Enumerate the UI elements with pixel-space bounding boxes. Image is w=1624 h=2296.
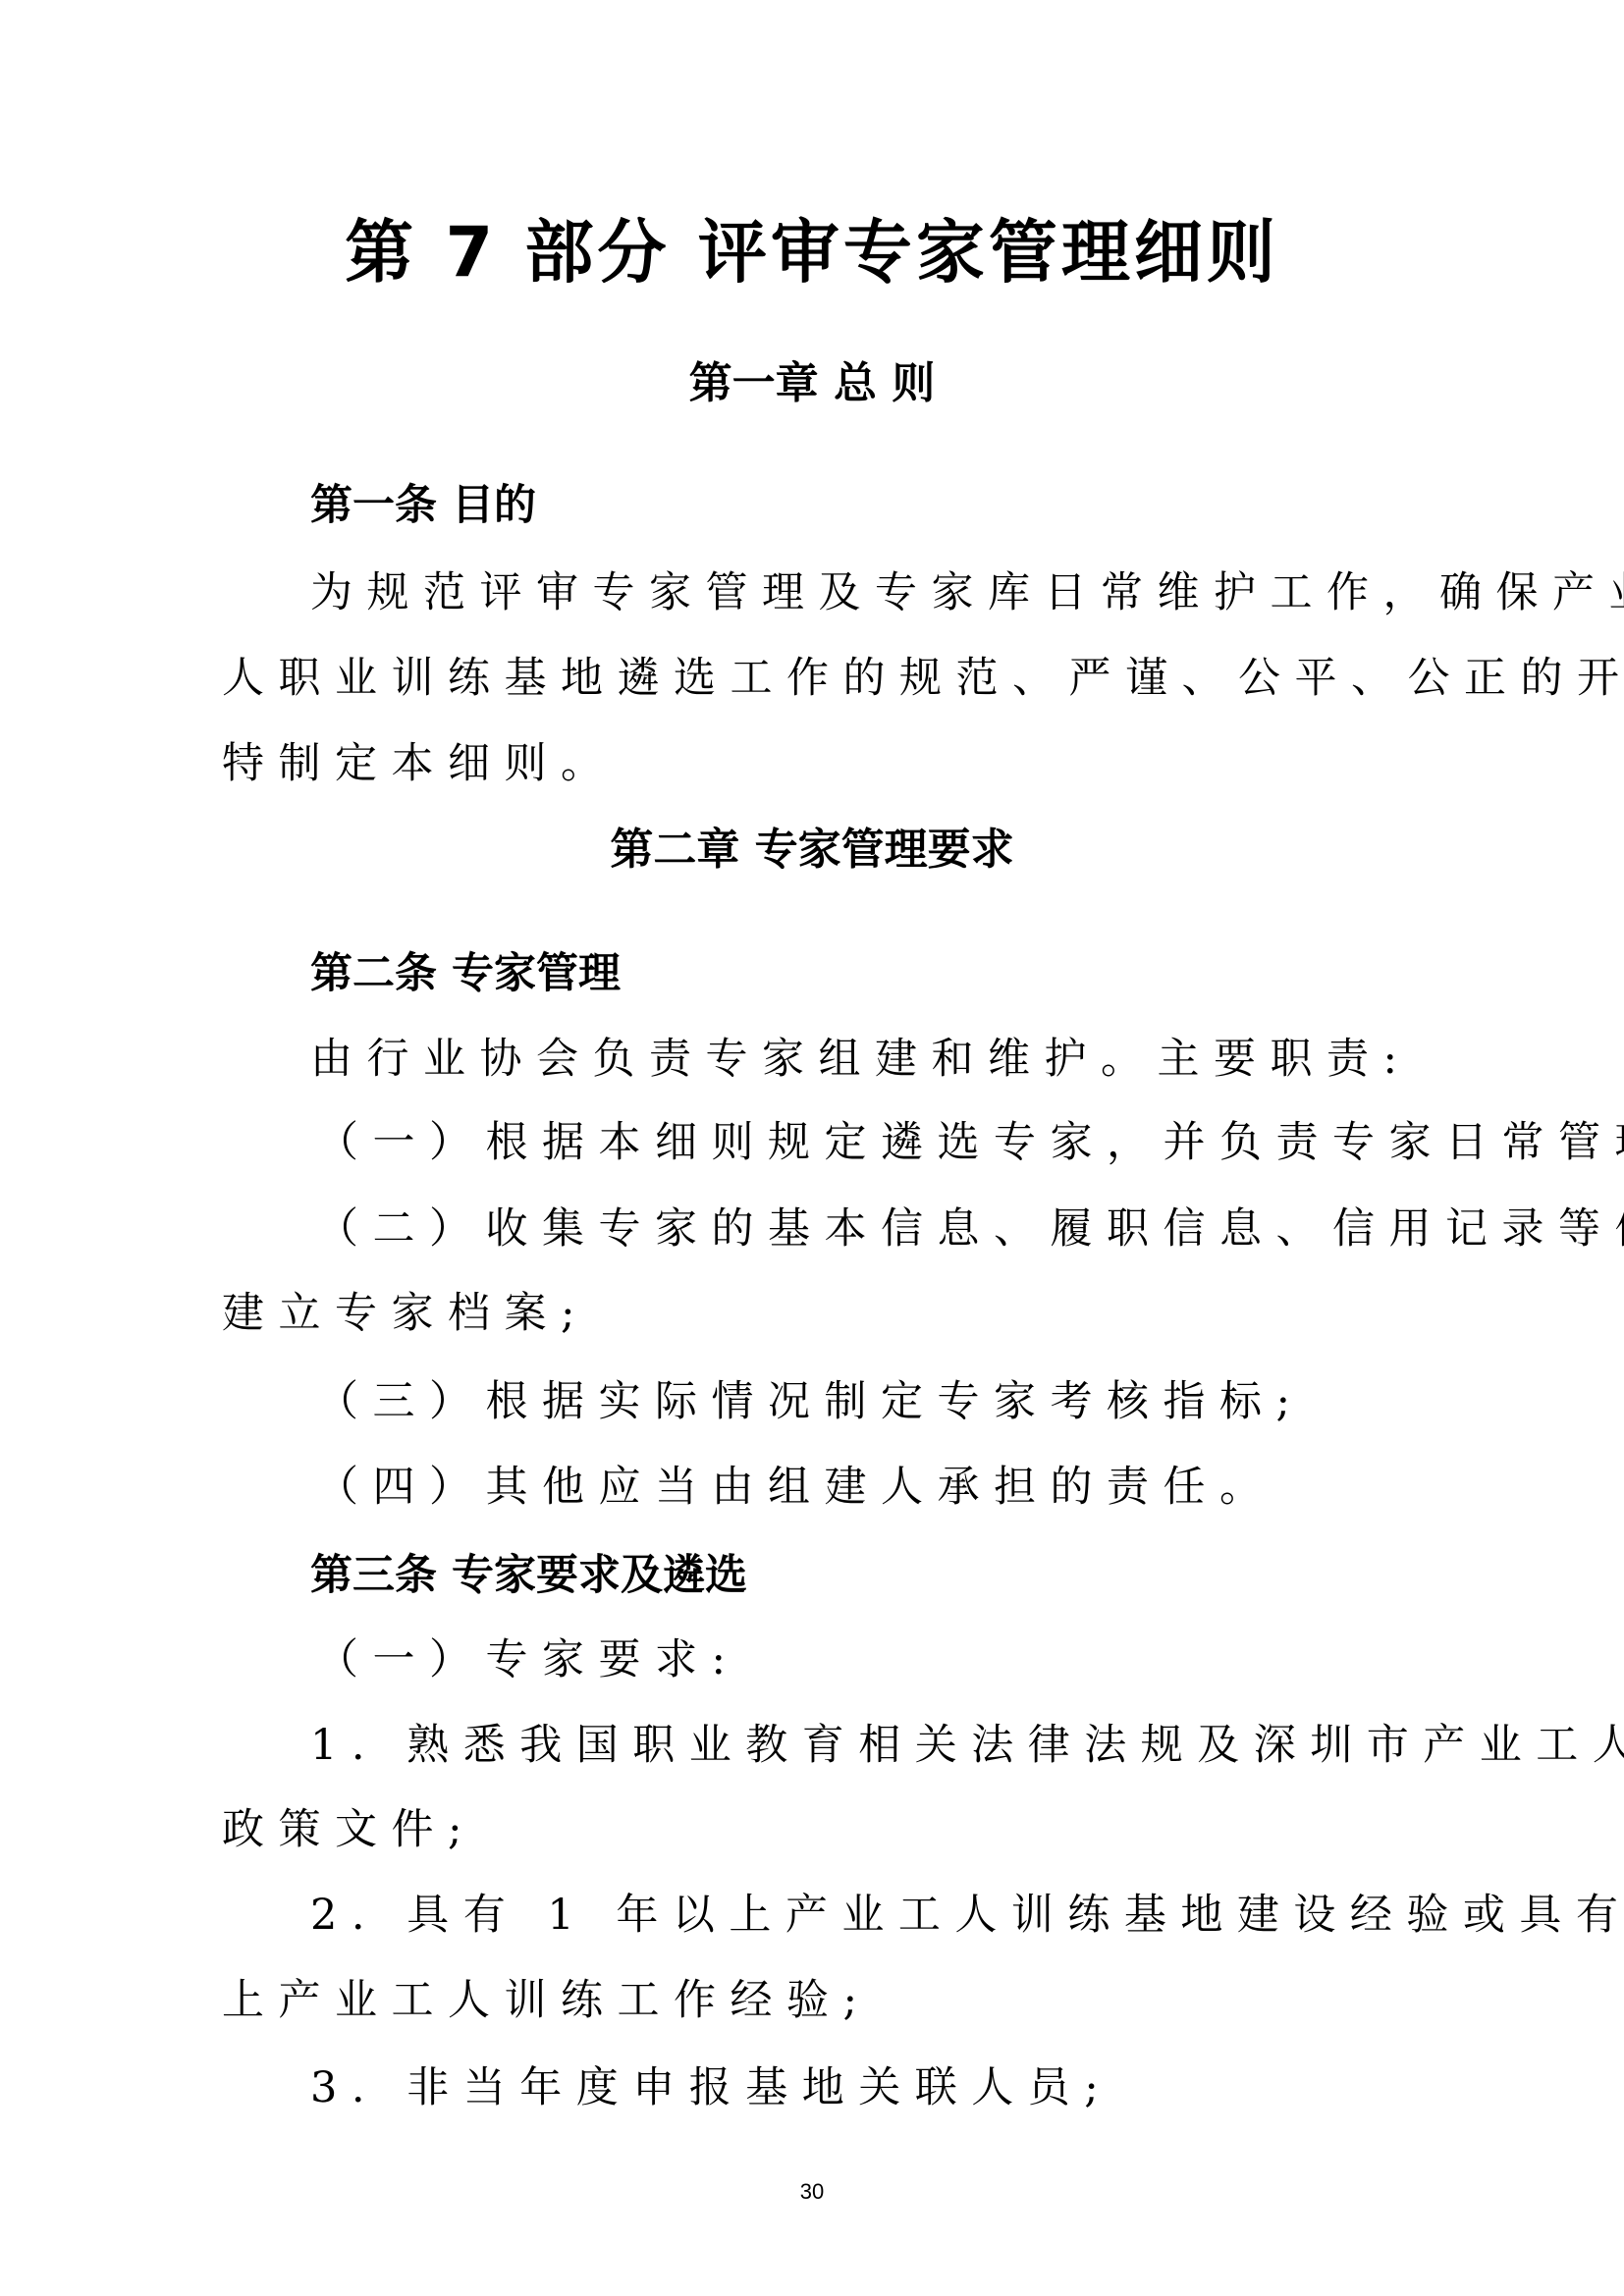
page-number: 30 <box>0 2181 1624 2203</box>
article-heading-1: 第一条 目的 <box>310 485 536 527</box>
page-title: 第 7 部分 评审专家管理细则 <box>0 218 1624 287</box>
list-item: 1. 熟悉我国职业教育相关法律法规及深圳市产业工人训练 <box>310 1725 1624 1767</box>
article-heading-2: 第二条 专家管理 <box>310 953 621 995</box>
chapter-heading-2: 第二章 专家管理要求 <box>0 828 1624 872</box>
paragraph-line: 人职业训练基地遴选工作的规范、严谨、公平、公正的开展， <box>222 658 1624 700</box>
paragraph-line: 为规范评审专家管理及专家库日常维护工作，确保产业工 <box>310 572 1624 614</box>
list-item-continuation: 政策文件; <box>222 1809 476 1851</box>
list-item-continuation: 上产业工人训练工作经验; <box>222 1980 872 2022</box>
list-item: （三）根据实际情况制定专家考核指标; <box>316 1381 1305 1423</box>
chapter-heading-1: 第一章 总 则 <box>0 362 1624 405</box>
sub-heading: （一）专家要求: <box>316 1639 740 1682</box>
list-item-continuation: 建立专家档案; <box>222 1293 589 1335</box>
paragraph-line: 由行业协会负责专家组建和维护。主要职责: <box>310 1039 1412 1081</box>
paragraph-line: 特制定本细则。 <box>222 743 618 785</box>
list-item: 3. 非当年度申报基地关联人员; <box>310 2067 1112 2109</box>
list-item: 2. 具有 1 年以上产业工人训练基地建设经验或具有 1 年以 <box>310 1895 1624 1937</box>
list-item: （四）其他应当由组建人承担的责任。 <box>316 1467 1276 1509</box>
article-heading-3: 第三条 专家要求及遴选 <box>310 1555 747 1597</box>
list-item: （二）收集专家的基本信息、履职信息、信用记录等信息， <box>316 1208 1624 1251</box>
list-item: （一）根据本细则规定遴选专家，并负责专家日常管理; <box>316 1122 1624 1164</box>
